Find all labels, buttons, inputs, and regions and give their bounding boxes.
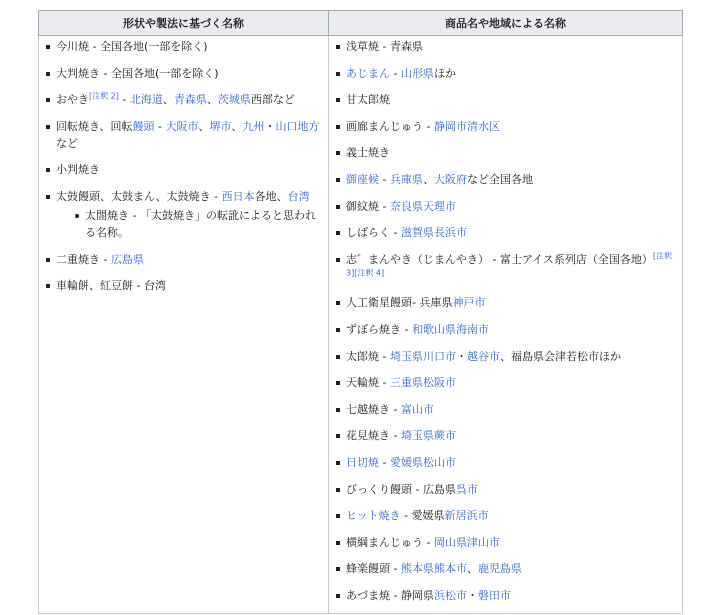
shape-method-name-list: 今川焼 - 全国各地(一部を除く)大判焼き - 全国各地(一部を除く)おやき[注… — [45, 38, 322, 294]
wiki-link[interactable]: 熊本県熊本市 — [401, 562, 467, 575]
wiki-link[interactable]: 滋賀県長浜市 — [401, 226, 467, 239]
list-item: 小判焼き — [45, 161, 322, 178]
list-item: 回転焼き、回転饅頭 - 大阪市、堺市、九州・山口地方など — [45, 118, 322, 152]
wiki-link[interactable]: 兵庫県 — [390, 173, 423, 186]
item-text: 各地、 — [255, 190, 288, 203]
item-text: 太鼓饅頭、太鼓まん、太鼓焼き - — [56, 190, 222, 203]
wiki-link[interactable]: ヒット焼き — [346, 509, 401, 522]
product-region-name-list: 浅草焼 - 青森県あじまん - 山形県ほか甘太郎焼画廊まんじゅう - 静岡市清水… — [335, 38, 676, 604]
header-product-region-names: 商品名や地域による名称 — [329, 11, 683, 36]
wiki-link[interactable]: 御座候 — [346, 173, 379, 186]
footnote-link[interactable]: [注釈 2] — [89, 92, 119, 101]
list-item: 志゛まんやき（じまんやき） - 富士アイス系列店（全国各地）[注釈 3][注釈 … — [335, 251, 676, 285]
item-text: 西部など — [251, 93, 295, 106]
item-text: 花見焼き - — [346, 429, 401, 442]
item-text: 人工衛星饅頭- 兵庫県 — [346, 296, 452, 309]
list-item: 今川焼 - 全国各地(一部を除く) — [45, 38, 322, 55]
wiki-link[interactable]: 岡山県津山市 — [434, 536, 500, 549]
item-text: 、 — [232, 120, 243, 133]
item-text: 大判焼き - 全国各地(一部を除く) — [56, 67, 219, 80]
item-text: 浅草焼 - 青森県 — [346, 40, 423, 53]
wiki-link[interactable]: 西日本 — [222, 190, 255, 203]
header-shape-method-names: 形状や製法に基づく名称 — [39, 11, 329, 36]
wiki-link[interactable]: あじまん — [346, 67, 390, 80]
item-text: ・ — [467, 589, 478, 602]
wiki-link[interactable]: 三重県松阪市 — [390, 376, 456, 389]
item-text: - — [379, 173, 390, 186]
wiki-link[interactable]: 磐田市 — [478, 589, 511, 602]
list-item: あづま焼 - 静岡県浜松市・磐田市 — [335, 587, 676, 604]
list-item: 太郎焼 - 埼玉県川口市・越谷市、福島県会津若松市ほか — [335, 348, 676, 365]
list-item: 花見焼き - 埼玉県蕨市 — [335, 427, 676, 444]
wiki-link[interactable]: 大阪市 — [166, 120, 199, 133]
table-body-row: 今川焼 - 全国各地(一部を除く)大判焼き - 全国各地(一部を除く)おやき[注… — [39, 36, 683, 614]
names-table-container: 形状や製法に基づく名称 商品名や地域による名称 今川焼 - 全国各地(一部を除く… — [38, 10, 682, 614]
wiki-link[interactable]: 鹿児島県 — [478, 562, 522, 575]
wiki-link[interactable]: 台湾 — [288, 190, 310, 203]
item-text: ・ — [456, 350, 467, 363]
wiki-link[interactable]: 浜松市 — [434, 589, 467, 602]
item-text: 甘太郎焼 — [346, 93, 390, 106]
list-item: 横綱まんじゅう - 岡山県津山市 — [335, 534, 676, 551]
list-item: 太鼓饅頭、太鼓まん、太鼓焼き - 西日本各地、台湾太閤焼き - 「太鼓焼き」の転… — [45, 188, 322, 241]
item-text: 回転焼き、回転 — [56, 120, 133, 133]
item-text: - — [390, 67, 401, 80]
item-text: - — [119, 93, 130, 106]
item-text: 小判焼き — [56, 163, 100, 176]
list-item: 天輪焼 - 三重県松阪市 — [335, 374, 676, 391]
list-item: 車輪餅、紅豆餅 - 台湾 — [45, 277, 322, 294]
list-item: 二重焼き - 広島県 — [45, 251, 322, 268]
item-text: 横綱まんじゅう - — [346, 536, 434, 549]
wiki-link[interactable]: 静岡市清水区 — [434, 120, 500, 133]
item-text: 二重焼き - — [56, 253, 111, 266]
list-item: 七越焼き - 富山市 — [335, 401, 676, 418]
list-item: 甘太郎焼 — [335, 91, 676, 108]
item-text: - 愛媛県 — [401, 509, 445, 522]
item-text: ほか — [434, 67, 456, 80]
sub-list-item: 太閤焼き - 「太鼓焼き」の転訛によると思われる名称。 — [74, 207, 322, 241]
wiki-link[interactable]: 堺市 — [210, 120, 232, 133]
list-item: 日切焼 - 愛媛県松山市 — [335, 454, 676, 471]
list-item: しばらく - 滋賀県長浜市 — [335, 224, 676, 241]
list-item: 御座候 - 兵庫県、大阪府など全国各地 — [335, 171, 676, 188]
table-header-row: 形状や製法に基づく名称 商品名や地域による名称 — [39, 11, 683, 36]
wiki-link[interactable]: 饅頭 — [133, 120, 155, 133]
wiki-link[interactable]: 北海道 — [130, 93, 163, 106]
item-text: あづま焼 - 静岡県 — [346, 589, 434, 602]
item-text: 義士焼き — [346, 146, 390, 159]
item-text: など — [56, 137, 78, 150]
item-text: 、 — [207, 93, 218, 106]
footnote-ref: [注釈 2] — [89, 92, 119, 101]
item-text: ずぼら焼き - — [346, 323, 412, 336]
list-item: おやき[注釈 2] - 北海道、青森県、茨城県西部など — [45, 91, 322, 108]
wiki-link[interactable]: 大阪府 — [434, 173, 467, 186]
item-text: 、 — [163, 93, 174, 106]
item-text: 画廊まんじゅう - — [346, 120, 434, 133]
wiki-link[interactable]: 日切焼 — [346, 456, 379, 469]
wiki-link[interactable]: 茨城県 — [218, 93, 251, 106]
names-table: 形状や製法に基づく名称 商品名や地域による名称 今川焼 - 全国各地(一部を除く… — [38, 10, 683, 614]
wiki-link[interactable]: 奈良県天理市 — [390, 200, 456, 213]
wiki-link[interactable]: 和歌山県海南市 — [412, 323, 489, 336]
left-column-cell: 今川焼 - 全国各地(一部を除く)大判焼き - 全国各地(一部を除く)おやき[注… — [39, 36, 329, 614]
wiki-link[interactable]: 呉市 — [456, 483, 478, 496]
item-text: など全国各地 — [467, 173, 533, 186]
item-text: 太閤焼き - 「太鼓焼き」の転訛によると思われる名称。 — [85, 209, 316, 239]
wiki-link[interactable]: 越谷市 — [467, 350, 500, 363]
wiki-link[interactable]: 広島県 — [111, 253, 144, 266]
item-text: 御紋焼 - — [346, 200, 390, 213]
right-column-cell: 浅草焼 - 青森県あじまん - 山形県ほか甘太郎焼画廊まんじゅう - 静岡市清水… — [329, 36, 683, 614]
wiki-link[interactable]: 新居浜市 — [445, 509, 489, 522]
item-text: 蜂楽饅頭 - — [346, 562, 401, 575]
list-item: 大判焼き - 全国各地(一部を除く) — [45, 65, 322, 82]
sub-list: 太閤焼き - 「太鼓焼き」の転訛によると思われる名称。 — [56, 207, 322, 241]
list-item: 蜂楽饅頭 - 熊本県熊本市、鹿児島県 — [335, 560, 676, 577]
wiki-link[interactable]: 山形県 — [401, 67, 434, 80]
list-item: 御紋焼 - 奈良県天理市 — [335, 198, 676, 215]
list-item: 義士焼き — [335, 144, 676, 161]
list-item: びっくり饅頭 - 広島県呉市 — [335, 481, 676, 498]
wiki-link[interactable]: 神戸市 — [452, 296, 485, 309]
wiki-link[interactable]: 埼玉県川口市 — [390, 350, 456, 363]
item-text: 、 — [423, 173, 434, 186]
item-text: 天輪焼 - — [346, 376, 390, 389]
wiki-link[interactable]: 愛媛県松山市 — [390, 456, 456, 469]
wiki-link[interactable]: 富山市 — [401, 403, 434, 416]
list-item: あじまん - 山形県ほか — [335, 65, 676, 82]
item-text: おやき — [56, 93, 89, 106]
item-text: びっくり饅頭 - 広島県 — [346, 483, 456, 496]
wiki-link[interactable]: 埼玉県蕨市 — [401, 429, 456, 442]
list-item: 画廊まんじゅう - 静岡市清水区 — [335, 118, 676, 135]
wiki-link[interactable]: 山口地方 — [276, 120, 320, 133]
list-item: 浅草焼 - 青森県 — [335, 38, 676, 55]
list-item: 人工衛星饅頭- 兵庫県神戸市 — [335, 294, 676, 311]
wiki-link[interactable]: 青森県 — [174, 93, 207, 106]
list-item: ヒット焼き - 愛媛県新居浜市 — [335, 507, 676, 524]
item-text: しばらく - — [346, 226, 401, 239]
item-text: 太郎焼 - — [346, 350, 390, 363]
item-text: 志゛まんやき（じまんやき） - 富士アイス系列店（全国各地） — [346, 253, 653, 266]
item-text: 今川焼 - 全国各地(一部を除く) — [56, 40, 208, 53]
item-text: 、 — [199, 120, 210, 133]
item-text: 七越焼き - — [346, 403, 401, 416]
item-text: 、 — [467, 562, 478, 575]
wiki-link[interactable]: 九州 — [243, 120, 265, 133]
item-text: 、福島県会津若松市ほか — [500, 350, 621, 363]
item-text: - — [379, 456, 390, 469]
item-text: - — [155, 120, 166, 133]
item-text: 車輪餅、紅豆餅 - 台湾 — [56, 279, 166, 292]
item-text: ・ — [265, 120, 276, 133]
list-item: ずぼら焼き - 和歌山県海南市 — [335, 321, 676, 338]
